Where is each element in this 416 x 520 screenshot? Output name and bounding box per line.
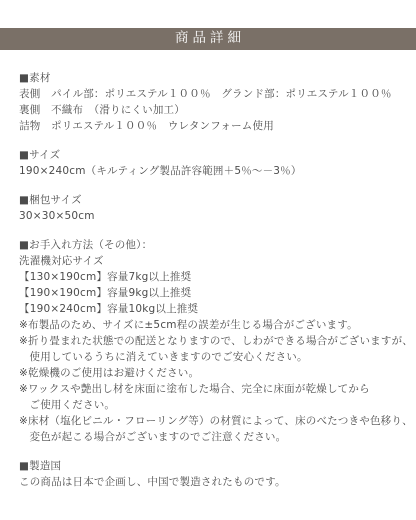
section-line: 裏側 不織布 （滑りにくい加工）: [19, 102, 406, 118]
section: ■お手入れ方法（その他）：洗濯機対応サイズ【130×190cm】容量7kg以上推…: [19, 237, 406, 445]
section: ■サイズ190×240cm（キルティング製品許容範囲＋5％〜－3％）: [19, 147, 406, 179]
section-line: 変色が起こる場合がございますのでご注意ください。: [19, 429, 406, 445]
section-header-bar: 商品詳細: [0, 28, 416, 50]
section-line: ※乾燥機のご使用はお避けください。: [19, 365, 406, 381]
product-details-panel: 商品詳細 ■素材表側 パイル部：ポリエステル１００％ グランド部：ポリエステル１…: [0, 0, 416, 520]
section-line: 30×30×50cm: [19, 208, 406, 224]
section-line: この商品は日本で企画し、中国で製造されたものです。: [19, 474, 406, 490]
section-line: 190×240cm（キルティング製品許容範囲＋5％〜－3％）: [19, 163, 406, 179]
section-line: 洗濯機対応サイズ: [19, 253, 406, 269]
section: ■素材表側 パイル部：ポリエステル１００％ グランド部：ポリエステル１００％裏側…: [19, 70, 406, 134]
section-heading: ■お手入れ方法（その他）：: [19, 237, 406, 253]
section-heading: ■梱包サイズ: [19, 192, 406, 208]
product-details-content: ■素材表側 パイル部：ポリエステル１００％ グランド部：ポリエステル１００％裏側…: [0, 50, 416, 490]
section-line: 詰物 ポリエステル１００％ ウレタンフォーム使用: [19, 118, 406, 134]
section-line: ※床材（塩化ビニル・フローリング等）の材質によって、床のべたつきや色移り、: [19, 413, 406, 429]
section-heading: ■サイズ: [19, 147, 406, 163]
section: ■製造国この商品は日本で企画し、中国で製造されたものです。: [19, 458, 406, 490]
section-line: 使用しているうちに消えていきますのでご安心ください。: [19, 349, 406, 365]
section-line: 【190×190cm】容量9kg以上推奨: [19, 285, 406, 301]
section: ■梱包サイズ30×30×50cm: [19, 192, 406, 224]
section-line: 【190×240cm】容量10kg以上推奨: [19, 301, 406, 317]
section-heading: ■製造国: [19, 458, 406, 474]
section-line: ご使用ください。: [19, 397, 406, 413]
section-line: ※折り畳まれた状態での配送となりますので、しわができる場合がございますが、: [19, 333, 406, 349]
section-heading: ■素材: [19, 70, 406, 86]
page-title: 商品詳細: [171, 32, 245, 46]
section-line: ※布製品のため、サイズに±5cm程の誤差が生じる場合がございます。: [19, 317, 406, 333]
section-line: ※ワックスや艶出し材を床面に塗布した場合、完全に床面が乾燥してから: [19, 381, 406, 397]
section-line: 【130×190cm】容量7kg以上推奨: [19, 269, 406, 285]
section-line: 表側 パイル部：ポリエステル１００％ グランド部：ポリエステル１００％: [19, 86, 406, 102]
